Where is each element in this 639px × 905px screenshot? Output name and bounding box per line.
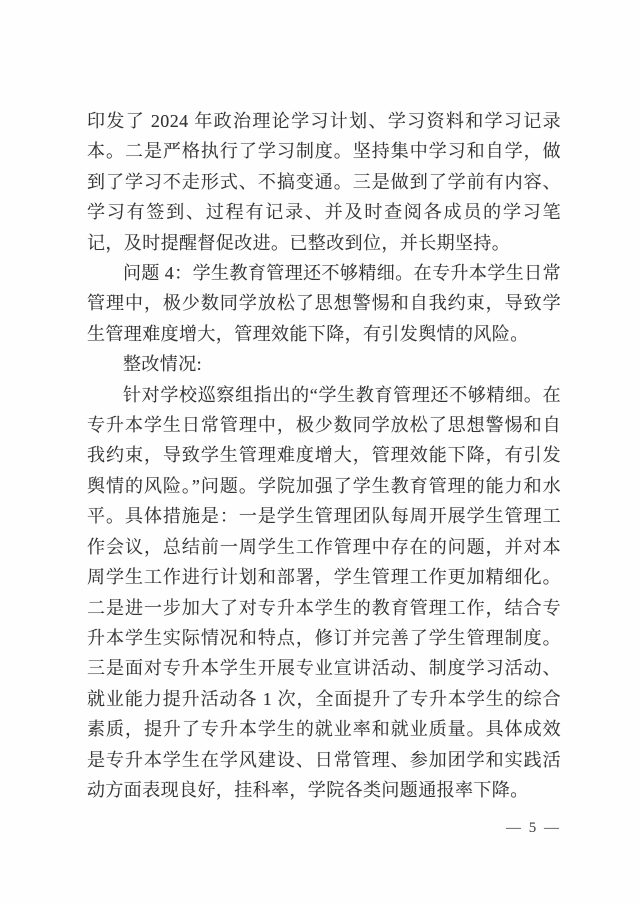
document-page: { "document": { "paragraphs": [ { "name"… xyxy=(0,0,639,905)
paragraph-rectification-measures: 针对学校巡察组指出的“学生教育管理还不够精细。在专升本学生日常管理中，极少数同学… xyxy=(87,380,561,806)
paragraph-study-system-rectification: 印发了 2024 年政治理论学习计划、学习资料和学习记录本。二是严格执行了学习制… xyxy=(87,106,561,258)
page-number: — 5 — xyxy=(506,820,561,837)
paragraph-problem-4: 问题 4：学生教育管理还不够精细。在专升本学生日常管理中，极少数同学放松了思想警… xyxy=(87,258,561,349)
body-text: 印发了 2024 年政治理论学习计划、学习资料和学习记录本。二是严格执行了学习制… xyxy=(87,106,561,805)
page-background: 印发了 2024 年政治理论学习计划、学习资料和学习记录本。二是严格执行了学习制… xyxy=(0,0,639,905)
paragraph-rectification-heading: 整改情况: xyxy=(87,349,561,379)
